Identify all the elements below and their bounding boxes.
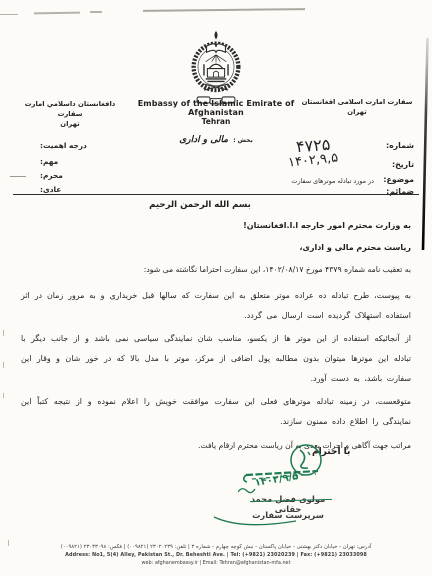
field-subject-value: در مورد تبادله موترهای سفارت	[291, 177, 374, 185]
letter-body: به وزارت محترم امور خارجه ا.ا.افغانستان!…	[21, 219, 411, 452]
header-center-block: Embassy of the Islamic Emirate of Afghan…	[114, 99, 318, 146]
scan-artifact-dash	[90, 11, 102, 13]
field-confidential-label: محرم:	[40, 171, 96, 180]
scan-artifact-dash	[143, 8, 305, 12]
header-embassy-name-en: Embassy of the Islamic Emirate of Afghan…	[114, 99, 318, 117]
scan-artifact-dash	[0, 14, 18, 15]
field-subject-label: موضوع:	[383, 175, 414, 184]
header-city-en: Tehran	[114, 117, 318, 126]
body-addressee: به وزارت محترم امور خارجه ا.ا.افغانستان!	[21, 219, 411, 232]
body-paragraph-1: به پیوست، طرح تبادله ده عراده موتر متعلق…	[21, 286, 411, 326]
signer-title-underline	[212, 514, 298, 530]
scan-artifact-dash	[10, 176, 26, 177]
field-number-label: شماره:	[386, 141, 414, 150]
field-importance-label: درجه اهمیت:	[40, 141, 96, 150]
department-label: بخش :	[233, 137, 253, 144]
body-reference: به تعقیب نامه شماره ۴۳۷۹ مورخ ۱۴۰۲/۰۸/۱۷…	[21, 263, 411, 276]
footer-address-en: Address: No1, 5(4) Alley, Pakistan St., …	[0, 552, 432, 558]
scanned-letter-page: سفارت امارت اسلامی افغانستان تهران Embas…	[0, 0, 432, 576]
header-left-org: دافغانستان داسلامي امارت سفارت	[14, 99, 126, 119]
body-paragraph-3: متوقعست، در زمینه تبادله موترهای فعلی ای…	[21, 392, 411, 432]
footer-address-fa: آدرس: تهران - خیابان دکتر بهشتی - خیابان…	[0, 544, 432, 550]
scan-artifact-tick	[3, 330, 4, 336]
scan-artifact-tick	[3, 393, 4, 398]
scan-artifact-tick	[3, 362, 4, 368]
header-left-city: تهران	[14, 119, 126, 129]
bismillah: بسم الله الرحمن الرحیم	[0, 200, 400, 210]
field-important-label: مهم:	[40, 157, 96, 166]
divider-rule	[13, 194, 419, 195]
header-left-block: دافغانستان داسلامي امارت سفارت تهران	[14, 99, 126, 129]
body-directorate: ریاست محترم مالی و اداری،	[21, 241, 411, 254]
right-edge-artifact	[418, 38, 430, 250]
body-paragraph-2: از آنجائیکه استفاده از این موتر ها از یک…	[21, 329, 411, 389]
footer-web-email: web: afghanembassy.ir | Email: Tehran@af…	[0, 560, 432, 566]
field-normal-label: عادی:	[40, 185, 96, 194]
header-department: بخش : مالی و اداری	[114, 127, 318, 146]
department-value: مالی و اداری	[179, 135, 228, 145]
field-date-label: تاریخ:	[392, 160, 414, 169]
embassy-emblem	[173, 29, 259, 109]
field-date-value: ۱۴۰۲,۹,۵	[287, 150, 338, 170]
scan-artifact-dash	[34, 12, 80, 14]
